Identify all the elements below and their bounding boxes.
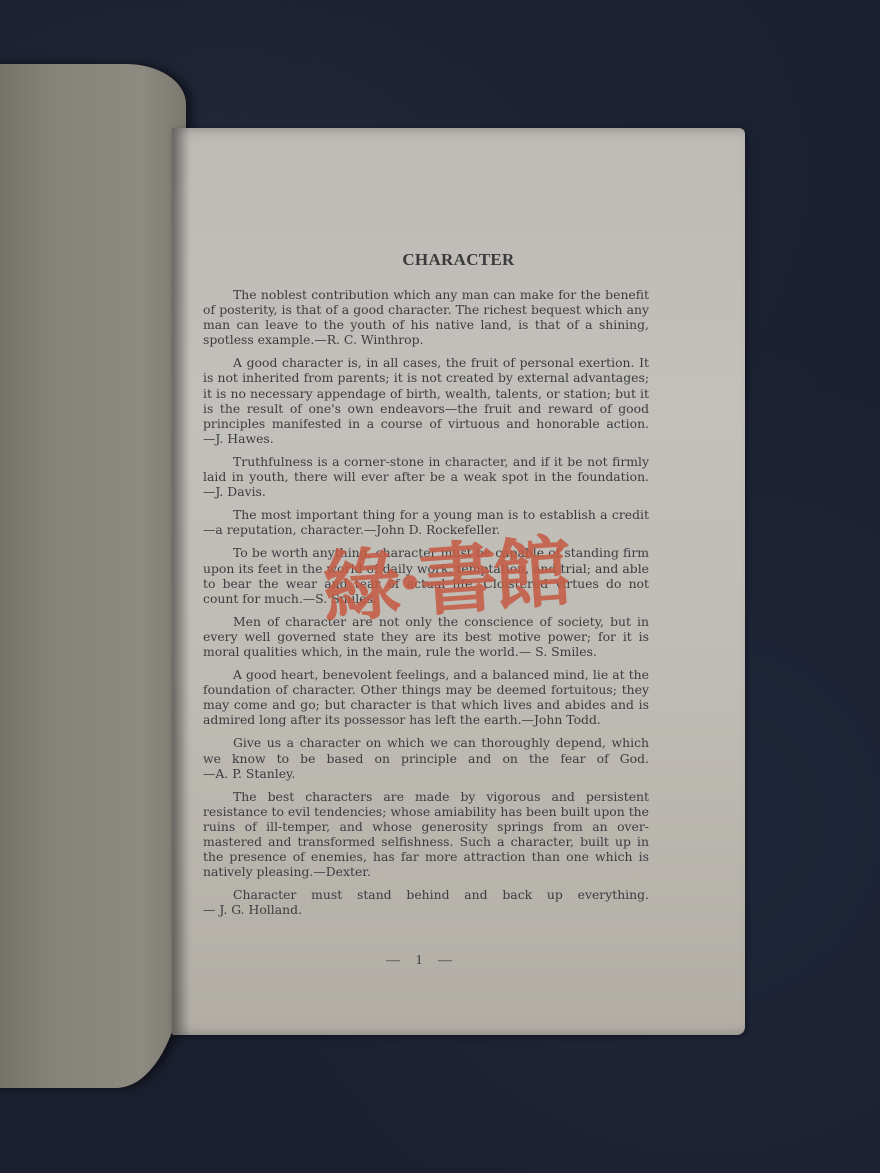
- quote-paragraph: A good heart, benevolent feelings, and a…: [203, 667, 649, 727]
- page-number: — 1 —: [172, 953, 672, 969]
- page-title: CHARACTER: [172, 250, 745, 270]
- quote-paragraph: To be worth anything, character must be …: [203, 545, 649, 605]
- quote-author: —A. P. Stanley.: [203, 766, 295, 781]
- quote-author: —John D. Rockefeller.: [364, 522, 500, 537]
- quote-text: A good character is, in all cases, the f…: [203, 355, 649, 430]
- quote-author: — S. Smiles.: [519, 644, 597, 659]
- quote-text: Truthfulness is a corner-stone in charac…: [203, 454, 649, 484]
- quote-text: The noblest contribution which any man c…: [203, 287, 649, 347]
- quote-text: Character must stand behind and back up …: [233, 887, 649, 902]
- quote-author: —John Todd.: [522, 712, 601, 727]
- left-page: [0, 64, 186, 1088]
- quote-author: — J. G. Holland.: [203, 902, 302, 917]
- quote-paragraph: Character must stand behind and back up …: [203, 887, 649, 917]
- quote-text: To be worth anything, character must be …: [203, 545, 649, 605]
- quote-author: —Dexter.: [313, 864, 370, 879]
- quote-author: —S. Smiles.: [303, 591, 377, 606]
- quote-paragraph: The best characters are made by vigorous…: [203, 789, 649, 880]
- quote-list: The noblest contribution which any man c…: [203, 287, 649, 925]
- quote-paragraph: Men of character are not only the consci…: [203, 614, 649, 659]
- quote-paragraph: A good character is, in all cases, the f…: [203, 355, 649, 446]
- quote-paragraph: Give us a character on which we can thor…: [203, 735, 649, 780]
- quote-text: Give us a character on which we can thor…: [203, 735, 649, 765]
- quote-paragraph: Truthfulness is a corner-stone in charac…: [203, 454, 649, 499]
- quote-author: —R. C. Winthrop.: [314, 332, 423, 347]
- quote-author: —J. Hawes.: [203, 431, 274, 446]
- quote-text: The best characters are made by vigorous…: [203, 789, 649, 879]
- quote-paragraph: The most important thing for a young man…: [203, 507, 649, 537]
- quote-author: —J. Davis.: [203, 484, 266, 499]
- quote-paragraph: The noblest contribution which any man c…: [203, 287, 649, 347]
